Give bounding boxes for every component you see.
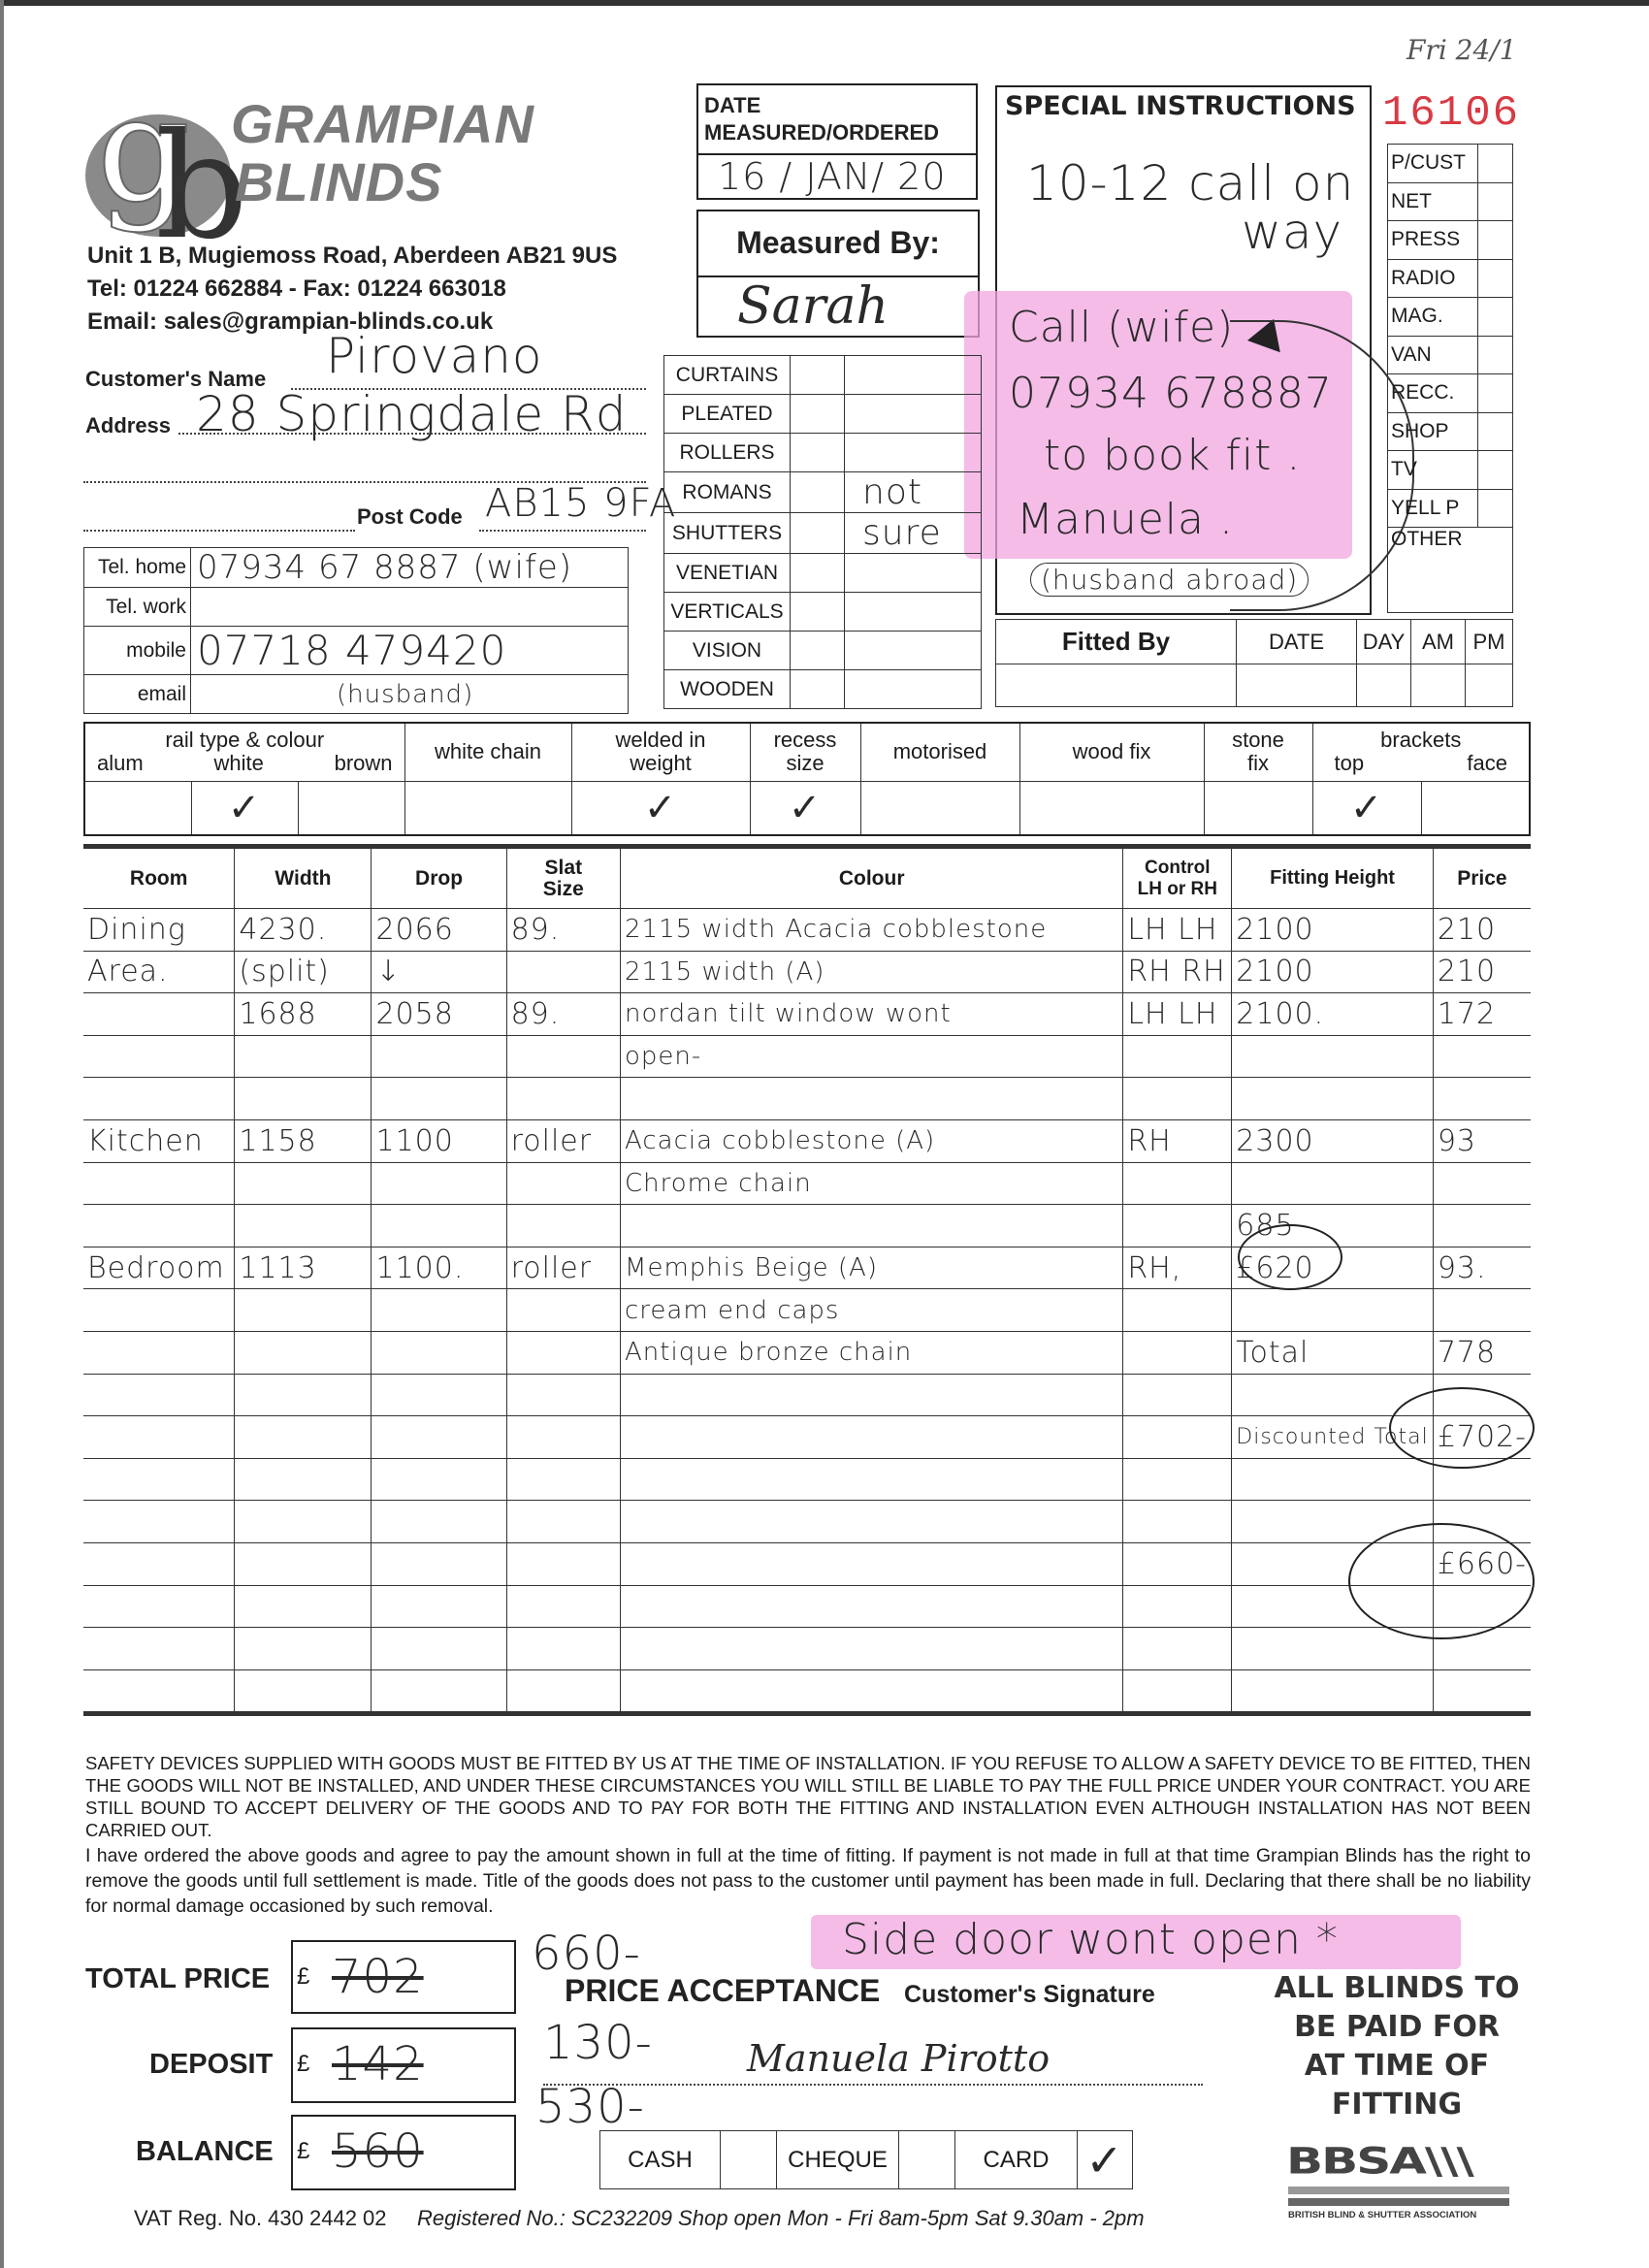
source-mag-box[interactable] — [1478, 298, 1513, 337]
cell-height[interactable] — [1232, 1458, 1434, 1501]
date-measured-value[interactable]: 16 / JAN/ 20 — [718, 155, 947, 198]
cell-colour[interactable] — [621, 1501, 1123, 1543]
rail-brown-checkbox[interactable] — [298, 781, 404, 835]
cell-width[interactable] — [235, 1289, 372, 1332]
table-row: Dining4230.206689.2115 width Acacia cobb… — [83, 909, 1531, 952]
rail-white-checkbox[interactable]: ✓ — [191, 781, 298, 835]
rail-type-label: rail type & colour — [85, 729, 404, 752]
cell-slat[interactable] — [506, 1501, 620, 1543]
payment-cash-label: CASH — [600, 2131, 721, 2189]
cell-slat[interactable] — [506, 1078, 620, 1120]
cell-control[interactable] — [1123, 1331, 1232, 1374]
cell-control[interactable] — [1123, 1205, 1232, 1247]
cell-drop[interactable] — [372, 1416, 506, 1459]
product-curtains-box[interactable] — [791, 356, 845, 395]
side-note[interactable]: Side door wont open * — [842, 1915, 1339, 1964]
fitted-by-table: Fitted By DATE DAY AM PM — [995, 619, 1513, 707]
cell-drop[interactable] — [372, 1585, 506, 1628]
special-instructions-title: SPECIAL INSTRUCTIONS — [1005, 91, 1356, 121]
cell-drop[interactable]: 2058 — [372, 993, 506, 1036]
measured-by-value[interactable]: Sarah — [737, 277, 889, 336]
cell-room[interactable] — [83, 1501, 235, 1543]
cell-price[interactable] — [1433, 1162, 1531, 1205]
stone-fix-checkbox[interactable] — [1204, 781, 1312, 835]
cell-price[interactable]: 172 — [1433, 993, 1531, 1036]
cell-room[interactable] — [83, 1035, 235, 1078]
agreement-terms: I have ordered the above goods and agree… — [85, 1843, 1531, 1919]
fitted-day-value[interactable] — [1357, 664, 1411, 707]
source-net-box[interactable] — [1478, 182, 1513, 221]
corner-date-note: Fri 24/1 — [1406, 34, 1517, 66]
phone-table: Tel. home 07934 67 8887 (wife) Tel. work… — [83, 547, 629, 714]
table-row: £660- — [83, 1542, 1531, 1585]
cell-width[interactable] — [235, 1205, 372, 1247]
cell-colour[interactable] — [621, 1458, 1123, 1501]
motorised-checkbox[interactable] — [860, 781, 1019, 835]
table-row — [83, 1078, 1531, 1120]
payment-card-checkbox[interactable]: ✓ — [1078, 2131, 1133, 2189]
email-value[interactable]: (husband) — [191, 675, 629, 714]
cell-width[interactable]: 1688 — [235, 993, 372, 1036]
cell-control[interactable] — [1123, 1374, 1232, 1416]
source-pcust-box[interactable] — [1478, 145, 1513, 183]
cell-height[interactable] — [1232, 1162, 1434, 1205]
deposit-new[interactable]: 130- — [543, 2016, 653, 2070]
registered-info: Registered No.: SC232209 Shop open Mon -… — [417, 2206, 1145, 2231]
cell-control[interactable] — [1123, 1416, 1232, 1459]
deposit-box[interactable]: £ 142 — [291, 2027, 516, 2103]
cell-price[interactable]: 778 — [1433, 1331, 1531, 1374]
cell-price[interactable]: 93 — [1433, 1119, 1531, 1162]
table-row: cream end caps — [83, 1289, 1531, 1332]
cell-slat[interactable] — [506, 1628, 620, 1670]
cell-drop[interactable]: 2066 — [372, 909, 506, 952]
cell-control[interactable] — [1123, 1542, 1232, 1585]
table-row — [83, 1458, 1531, 1501]
header-control: ControlLH or RH — [1123, 849, 1232, 909]
source-mag: MAG. — [1388, 298, 1478, 337]
cell-price[interactable] — [1433, 1205, 1531, 1247]
cell-price[interactable] — [1433, 1669, 1531, 1712]
cell-colour[interactable]: open- — [621, 1035, 1123, 1078]
discounted-total-circle — [1389, 1387, 1535, 1469]
cell-room[interactable] — [83, 1162, 235, 1205]
white-chain-header: white chain — [404, 723, 571, 781]
cell-colour[interactable]: Acacia cobblestone (A) — [621, 1119, 1123, 1162]
wood-fix-header: wood fix — [1019, 723, 1204, 781]
product-venetian: VENETIAN — [664, 554, 791, 593]
table-row: Chrome chain — [83, 1162, 1531, 1205]
motorised-header: motorised — [860, 723, 1019, 781]
fitted-pm-header: PM — [1466, 620, 1513, 664]
email-label: email — [84, 675, 191, 714]
wood-fix-checkbox[interactable] — [1019, 781, 1204, 835]
special-note-name[interactable]: Manuela . — [1017, 495, 1234, 544]
table-row — [83, 1585, 1531, 1628]
cell-drop[interactable] — [372, 1374, 506, 1416]
cell-drop[interactable]: 1100. — [372, 1247, 506, 1289]
source-yellp: YELL P — [1388, 489, 1478, 528]
cell-width[interactable] — [235, 1501, 372, 1543]
fitted-day-header: DAY — [1357, 620, 1411, 664]
customer-signature[interactable]: Manuela Pirotto — [747, 2037, 1050, 2080]
cell-drop[interactable]: ↓ — [372, 951, 506, 993]
cell-control[interactable] — [1123, 1501, 1232, 1543]
product-rollers: ROLLERS — [664, 434, 791, 472]
cell-height[interactable] — [1232, 1035, 1434, 1078]
product-romans-box[interactable] — [791, 472, 845, 513]
source-tv-box[interactable] — [1478, 451, 1513, 490]
deposit-label: DEPOSIT — [149, 2049, 273, 2081]
cell-room[interactable]: Kitchen — [83, 1119, 235, 1162]
payment-notice: ALL BLINDS TO BE PAID FOR AT TIME OF FIT… — [1251, 1969, 1542, 2124]
cell-drop[interactable] — [372, 1628, 506, 1670]
cell-drop[interactable] — [372, 1458, 506, 1501]
cell-height[interactable]: 2100 — [1232, 909, 1434, 952]
cell-slat[interactable] — [506, 1162, 620, 1205]
bbsa-bar-1 — [1288, 2187, 1509, 2194]
cell-drop[interactable] — [372, 1669, 506, 1712]
measured-by-box: Measured By: Sarah — [696, 210, 980, 338]
rail-alum-checkbox[interactable] — [84, 781, 191, 835]
cell-height[interactable] — [1232, 1289, 1434, 1332]
rail-brown-label: brown — [335, 752, 393, 775]
product-wooden: WOODEN — [664, 670, 791, 709]
brackets-header: brackets top face — [1312, 723, 1530, 781]
bbsa-logo: BBSA\\\ — [1286, 2140, 1472, 2183]
table-row: open- — [83, 1035, 1531, 1078]
source-shop-box[interactable] — [1478, 412, 1513, 451]
cell-room[interactable] — [83, 1289, 235, 1332]
source-pcust: P/CUST — [1388, 145, 1478, 183]
cell-room[interactable] — [83, 1374, 235, 1416]
product-verticals: VERTICALS — [664, 593, 791, 632]
cell-slat[interactable] — [506, 1374, 620, 1416]
cell-width[interactable]: (split) — [235, 951, 372, 993]
cell-price[interactable]: 210 — [1433, 951, 1531, 993]
source-recc: RECC. — [1388, 374, 1478, 413]
date-label-line2: MEASURED/ORDERED — [704, 120, 939, 146]
cell-drop[interactable] — [372, 1501, 506, 1543]
cell-control[interactable] — [1123, 1289, 1232, 1332]
bbsa-tagline: BRITISH BLIND & SHUTTER ASSOCIATION — [1288, 2210, 1476, 2220]
table-row: Kitchen11581100rollerAcacia cobblestone … — [83, 1119, 1531, 1162]
logo-name-line1: GRAMPIAN — [231, 92, 534, 155]
cell-height[interactable] — [1232, 1669, 1434, 1712]
vat-number: VAT Reg. No. 430 2442 02 — [134, 2206, 387, 2231]
header-slat-size: SlatSize — [506, 849, 620, 909]
rail-white-label: white — [213, 752, 263, 775]
cell-slat[interactable] — [506, 1331, 620, 1374]
cell-room[interactable] — [83, 993, 235, 1036]
cell-control[interactable] — [1123, 1458, 1232, 1501]
cell-room[interactable]: Bedroom — [83, 1247, 235, 1289]
safety-terms: SAFETY DEVICES SUPPLIED WITH GOODS MUST … — [85, 1752, 1531, 1841]
product-venetian-box[interactable] — [791, 554, 845, 593]
cell-width[interactable] — [235, 1331, 372, 1374]
cell-slat[interactable] — [506, 1289, 620, 1332]
cell-room[interactable] — [83, 1669, 235, 1712]
cell-width[interactable] — [235, 1078, 372, 1120]
tel-home-value[interactable]: 07934 67 8887 (wife) — [191, 548, 629, 588]
cell-width[interactable] — [235, 1416, 372, 1459]
product-shutters-box[interactable] — [791, 513, 845, 554]
table-row — [83, 1501, 1531, 1543]
cell-drop[interactable] — [372, 1205, 506, 1247]
balance-struck: 560 — [332, 2124, 424, 2179]
recess-size-header: recesssize — [750, 723, 860, 781]
cell-drop[interactable] — [372, 1331, 506, 1374]
brackets-face-label: face — [1467, 752, 1507, 775]
brackets-face-checkbox[interactable] — [1421, 781, 1530, 835]
cell-colour[interactable]: nordan tilt window wont — [621, 993, 1123, 1036]
product-vision-box[interactable] — [791, 632, 845, 670]
cell-colour[interactable]: 2115 width Acacia cobblestone — [621, 909, 1123, 952]
cell-drop[interactable] — [372, 1289, 506, 1332]
source-other[interactable]: OTHER — [1388, 528, 1513, 613]
cell-width[interactable] — [235, 1585, 372, 1628]
cell-control[interactable]: RH RH — [1123, 951, 1232, 993]
brackets-top-label: top — [1335, 752, 1365, 775]
order-number: 16106 — [1382, 89, 1520, 138]
special-note-call[interactable]: Call (wife) — [1009, 303, 1234, 352]
cell-control[interactable] — [1123, 1162, 1232, 1205]
cell-price[interactable] — [1433, 1035, 1531, 1078]
bbsa-bar-2 — [1288, 2198, 1509, 2206]
cell-colour[interactable] — [621, 1628, 1123, 1670]
tel-work-label: Tel. work — [84, 588, 191, 627]
source-press: PRESS — [1388, 221, 1478, 260]
source-radio-box[interactable] — [1478, 259, 1513, 298]
lead-source-list: P/CUST NET PRESS RADIO MAG. VAN RECC. SH… — [1387, 144, 1513, 613]
source-van: VAN — [1388, 336, 1478, 374]
company-phone-fax: Tel: 01224 662884 - Fax: 01224 663018 — [87, 275, 506, 303]
special-instructions-box: SPECIAL INSTRUCTIONS 10-12 call on way C… — [995, 85, 1372, 615]
rail-alum-label: alum — [97, 752, 144, 775]
table-row: Discounted Total£702- — [83, 1416, 1531, 1459]
white-chain-checkbox[interactable] — [404, 781, 571, 835]
cell-height[interactable]: Total — [1232, 1331, 1434, 1374]
cell-width[interactable]: 1158 — [235, 1119, 372, 1162]
cell-room[interactable] — [83, 1416, 235, 1459]
postcode-label: Post Code — [357, 504, 463, 530]
cell-slat[interactable] — [506, 951, 620, 993]
header-price: Price — [1433, 849, 1531, 909]
customer-name-value[interactable]: Pirovano — [326, 328, 543, 384]
cell-colour[interactable] — [621, 1669, 1123, 1712]
cell-height[interactable]: 2300 — [1232, 1119, 1434, 1162]
product-shutters: SHUTTERS — [664, 513, 791, 554]
source-radio: RADIO — [1388, 259, 1478, 298]
cell-slat[interactable] — [506, 1669, 620, 1712]
source-yellp-box[interactable] — [1478, 489, 1513, 528]
postcode-value[interactable]: AB15 9FA — [485, 481, 676, 526]
cell-price[interactable] — [1433, 1078, 1531, 1120]
cell-slat[interactable]: roller — [506, 1119, 620, 1162]
cell-slat[interactable]: 89. — [506, 993, 620, 1036]
welded-weight-header: welded inweight — [571, 723, 750, 781]
options-table: rail type & colour alum white brown whit… — [83, 722, 1531, 836]
cell-slat[interactable] — [506, 1458, 620, 1501]
mobile-value[interactable]: 07718 479420 — [191, 627, 629, 675]
customer-signature-label: Customer's Signature — [904, 1981, 1155, 2009]
recess-size-checkbox[interactable]: ✓ — [750, 781, 860, 835]
fitted-am-header: AM — [1411, 620, 1466, 664]
logo-name-line2: BLINDS — [235, 150, 442, 213]
source-recc-box[interactable] — [1478, 374, 1513, 413]
fitted-by-label: Fitted By — [996, 620, 1237, 664]
product-pleated: PLEATED — [664, 395, 791, 434]
cell-room[interactable] — [83, 1331, 235, 1374]
cell-room[interactable]: Area. — [83, 951, 235, 993]
cell-control[interactable]: LH LH — [1123, 993, 1232, 1036]
product-type-list: CURTAINS PLEATED ROLLERS ROMANSnot SHUTT… — [663, 355, 982, 709]
payment-card-label: CARD — [955, 2131, 1078, 2189]
cell-price[interactable]: 210 — [1433, 909, 1531, 952]
date-measured-box: DATE MEASURED/ORDERED 16 / JAN/ 20 — [696, 83, 978, 200]
cell-width[interactable] — [235, 1458, 372, 1501]
cell-control[interactable] — [1123, 1628, 1232, 1670]
cell-width[interactable] — [235, 1035, 372, 1078]
cell-price[interactable]: 93. — [1433, 1247, 1531, 1289]
table-row: 1688205889.nordan tilt window wontLH LH2… — [83, 993, 1531, 1036]
deposit-struck: 142 — [332, 2037, 424, 2091]
cell-slat[interactable] — [506, 1035, 620, 1078]
scan-left-edge — [0, 0, 4, 2268]
cell-width[interactable] — [235, 1669, 372, 1712]
scan-top-edge — [0, 0, 1649, 6]
header-drop: Drop — [372, 849, 506, 909]
source-tv: TV — [1388, 451, 1478, 490]
cell-drop[interactable] — [372, 1162, 506, 1205]
cell-slat[interactable] — [506, 1542, 620, 1585]
company-address: Unit 1 B, Mugiemoss Road, Aberdeen AB21 … — [87, 243, 617, 270]
fitted-pm-value[interactable] — [1466, 664, 1513, 707]
cell-height[interactable] — [1232, 1078, 1434, 1120]
brackets-top-checkbox[interactable]: ✓ — [1312, 781, 1421, 835]
payment-cheque-label: CHEQUE — [777, 2131, 899, 2189]
cell-control[interactable]: RH — [1123, 1119, 1232, 1162]
header-width: Width — [235, 849, 372, 909]
header-colour: Colour — [621, 849, 1123, 909]
cell-height[interactable]: 2100. — [1232, 993, 1434, 1036]
tel-work-value[interactable] — [191, 588, 629, 627]
mobile-label: mobile — [84, 627, 191, 675]
total-price-struck: 702 — [332, 1950, 424, 2004]
cell-room[interactable]: Dining — [83, 909, 235, 952]
cell-slat[interactable]: roller — [506, 1247, 620, 1289]
payment-cash-checkbox[interactable] — [721, 2131, 777, 2189]
price-acceptance-title: PRICE ACCEPTANCE — [565, 1973, 880, 2009]
cell-price[interactable] — [1433, 1289, 1531, 1332]
payment-method-table: CASH CHEQUE CARD ✓ — [599, 2130, 1133, 2189]
cell-control[interactable]: LH LH — [1123, 909, 1232, 952]
cell-colour[interactable]: cream end caps — [621, 1289, 1123, 1332]
product-note-sure: sure — [845, 513, 982, 554]
cell-colour[interactable] — [621, 1374, 1123, 1416]
cell-colour[interactable] — [621, 1542, 1123, 1585]
cell-slat[interactable] — [506, 1585, 620, 1628]
source-van-box[interactable] — [1478, 336, 1513, 374]
cell-room[interactable] — [83, 1078, 235, 1120]
fitted-date-header: DATE — [1237, 620, 1357, 664]
payment-cheque-checkbox[interactable] — [899, 2131, 955, 2189]
cell-drop[interactable] — [372, 1542, 506, 1585]
balance-label: BALANCE — [136, 2136, 274, 2168]
cell-slat[interactable] — [506, 1205, 620, 1247]
balance-new[interactable]: 530- — [535, 2080, 645, 2134]
product-note-not: not — [845, 472, 982, 513]
product-rollers-box[interactable] — [791, 434, 845, 472]
cell-width[interactable] — [235, 1162, 372, 1205]
cell-room[interactable] — [83, 1542, 235, 1585]
header-room: Room — [83, 849, 235, 909]
cell-colour[interactable]: Memphis Beige (A) — [621, 1247, 1123, 1289]
date-label-line1: DATE — [704, 93, 760, 118]
cell-width[interactable] — [235, 1374, 372, 1416]
cell-colour[interactable]: 2115 width (A) — [621, 951, 1123, 993]
source-press-box[interactable] — [1478, 221, 1513, 260]
cell-drop[interactable] — [372, 1078, 506, 1120]
address-label: Address — [85, 413, 171, 438]
cell-control[interactable] — [1123, 1078, 1232, 1120]
fitted-am-value[interactable] — [1411, 664, 1466, 707]
cell-colour[interactable]: Antique bronze chain — [621, 1331, 1123, 1374]
tel-home-label: Tel. home — [84, 548, 191, 588]
product-verticals-box[interactable] — [791, 593, 845, 632]
cell-control[interactable]: RH, — [1123, 1247, 1232, 1289]
fitted-by-value[interactable] — [996, 664, 1237, 707]
cell-width[interactable]: 1113 — [235, 1247, 372, 1289]
cell-colour[interactable] — [621, 1416, 1123, 1459]
cell-width[interactable]: 4230. — [235, 909, 372, 952]
cell-drop[interactable]: 1100 — [372, 1119, 506, 1162]
cell-drop[interactable] — [372, 1035, 506, 1078]
product-wooden-box[interactable] — [791, 670, 845, 709]
cell-control[interactable] — [1123, 1585, 1232, 1628]
cell-slat[interactable] — [506, 1416, 620, 1459]
cell-control[interactable] — [1123, 1035, 1232, 1078]
product-pleated-box[interactable] — [791, 395, 845, 434]
cell-control[interactable] — [1123, 1669, 1232, 1712]
cell-colour[interactable] — [621, 1585, 1123, 1628]
cell-room[interactable] — [83, 1458, 235, 1501]
address-value[interactable]: 28 Springdale Rd — [196, 386, 628, 442]
fitting-height-circle — [1238, 1224, 1342, 1290]
source-net: NET — [1388, 182, 1478, 221]
balance-box[interactable]: £ 560 — [291, 2115, 516, 2190]
cell-colour[interactable]: Chrome chain — [621, 1162, 1123, 1205]
cell-room[interactable] — [83, 1585, 235, 1628]
cell-height[interactable]: 2100 — [1232, 951, 1434, 993]
final-total-circle — [1348, 1523, 1535, 1639]
welded-weight-checkbox[interactable]: ✓ — [571, 781, 750, 835]
cell-slat[interactable]: 89. — [506, 909, 620, 952]
cell-room[interactable] — [83, 1205, 235, 1247]
table-row — [83, 1374, 1531, 1416]
cell-width[interactable] — [235, 1542, 372, 1585]
source-shop: SHOP — [1388, 412, 1478, 451]
product-romans: ROMANS — [664, 472, 791, 513]
cell-colour[interactable] — [621, 1205, 1123, 1247]
cell-room[interactable] — [83, 1628, 235, 1670]
cell-width[interactable] — [235, 1628, 372, 1670]
special-note-way[interactable]: way — [1242, 204, 1342, 260]
total-price-label: TOTAL PRICE — [85, 1963, 270, 1995]
cell-colour[interactable] — [621, 1078, 1123, 1120]
total-price-box[interactable]: £ 702 — [291, 1940, 516, 2014]
fitted-date-value[interactable] — [1237, 664, 1357, 707]
